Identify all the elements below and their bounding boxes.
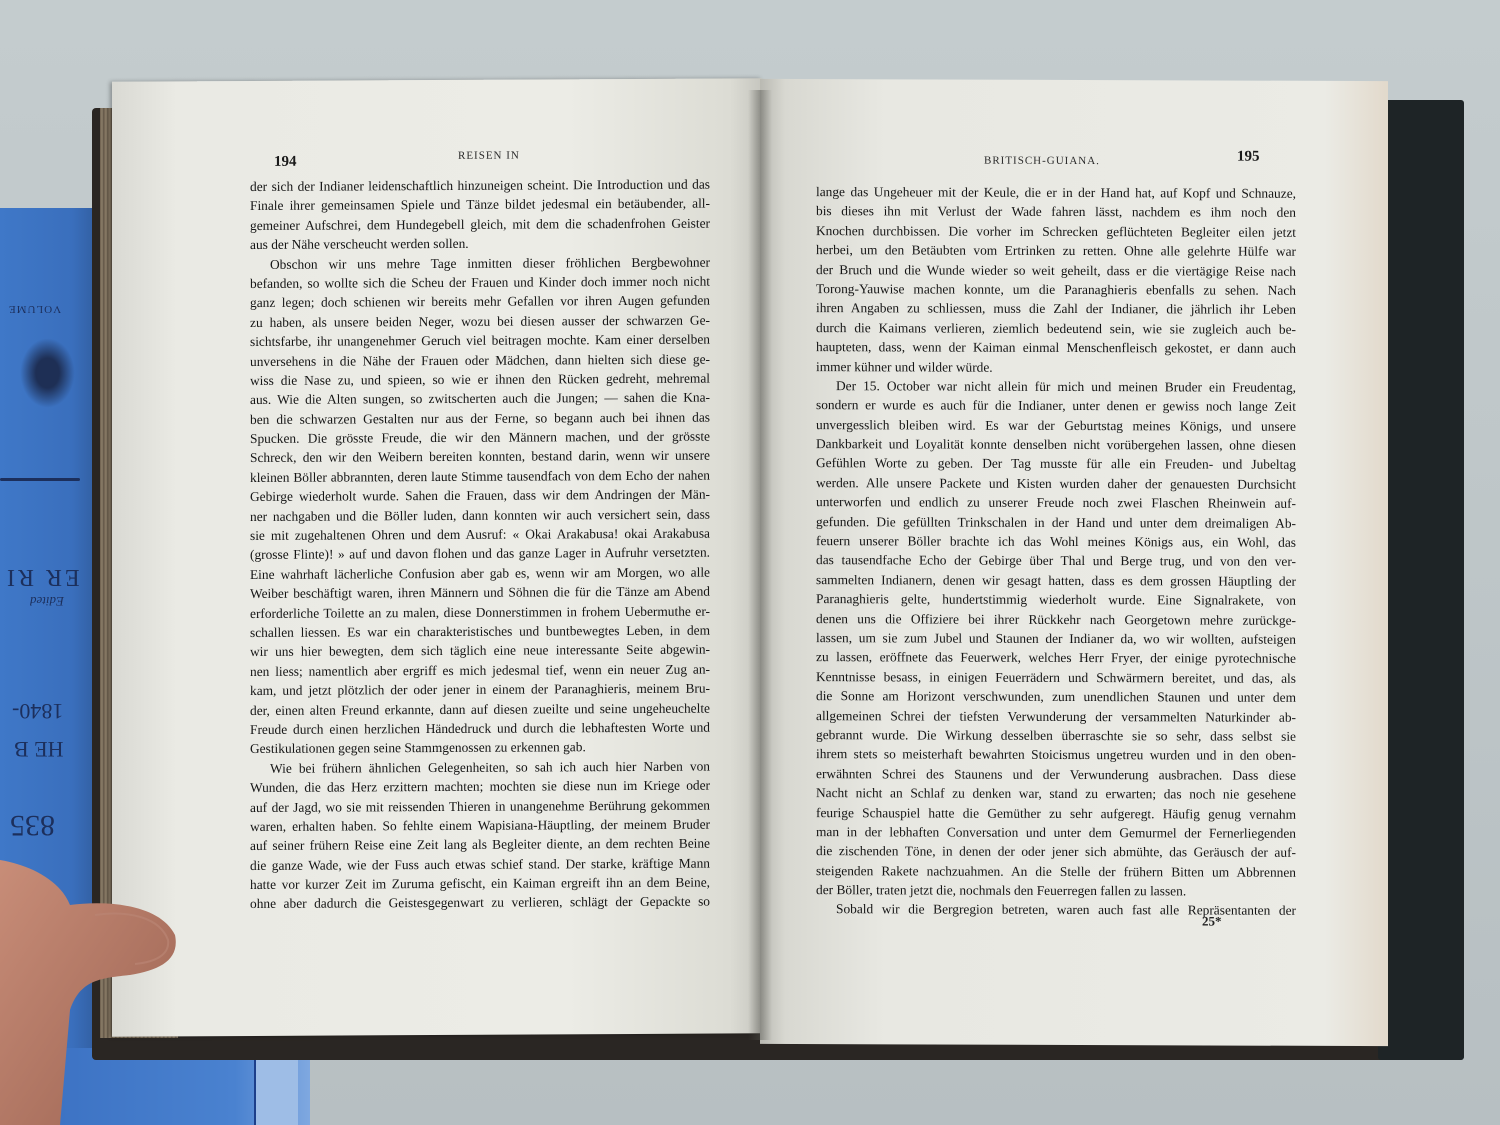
text-line: (grosse Flinte)! » auf und davon flohen … [250,543,710,565]
text-line: herbei, um den Betäubten vom Ertrinken z… [816,240,1296,261]
text-line: befanden, so wollte sich die Scheu der F… [250,272,710,294]
text-line: ganz legen; doch schienen wir bereits me… [250,291,710,313]
spine-emblem-icon [20,338,75,408]
text-line: aus. Wie die Alten sungen, so zwitschert… [250,388,710,410]
text-line: Knochen durchbissen. Die vorher im Schre… [816,221,1296,242]
text-line: haupteten, dass, wenn der Kaiman einmal … [816,337,1296,358]
spine-text-series: HE B [14,736,64,762]
text-line: gefunden. Die gefüllten Trinkschalen in … [816,512,1296,533]
text-line: gebrannt wurde. Die Wirkung desselben üb… [816,725,1296,746]
text-line: wiss die Nase zu, und spieen, so wie er … [250,368,710,390]
text-line: die Sonne am Horizont verschwunden, zum … [816,686,1296,707]
left-page-text: der sich der Indianer leidenschaftlich h… [250,175,710,914]
book-cover-right [1378,100,1464,1060]
text-line: ihren Angaben zu schliessen, muss die Za… [816,298,1296,319]
spine-text-years: 1840- [12,698,63,724]
text-line: unvergesslich bleiben wird. Es war der G… [816,415,1296,436]
text-line: Wie bei frühern ähnlichen Gelegenheiten,… [250,756,710,778]
right-page[interactable]: BRITISCH-GUIANA. 195 lange das Ungeheuer… [760,79,1388,1046]
signature-mark: 25* [1202,913,1222,929]
text-line: Nacht nicht an Schlaf zu denken war, sta… [816,783,1296,804]
text-line: ner nachgaben und die Böller luden, dann… [250,504,710,526]
text-line: Finale ihrer gemeinsamen Spiele und Tänz… [250,194,710,216]
text-line: kam, und jetzt plötzlich der oder jener … [250,679,710,701]
text-line: allgemeinen Schrei der tiefsten Verwunde… [816,706,1296,727]
text-line: kleinen Böller abbrannten, deren laute S… [250,465,710,487]
text-line: erwähnten Schrei des Staunens und der Ve… [816,764,1296,785]
spine-text-title: ER RI [4,563,80,590]
text-line: Eine wahrhaft lächerliche Confusion aber… [250,562,710,584]
text-line: ben die schwarzen Gestalten nur aus der … [250,407,710,429]
text-line: zu haben, als unsere beiden Neger, wozu … [250,310,710,332]
text-line: immer kühner und wilder würde. [816,357,1296,378]
text-line: lange das Ungeheuer mit der Keule, die e… [816,182,1296,203]
text-line: der sich der Indianer leidenschaftlich h… [250,175,710,197]
text-line: schallen liessen. Es war ein charakteris… [250,621,710,643]
spine-text-volume: VOLUME [8,303,61,315]
text-line: werden. Alle unsere Packete und Kisten w… [816,473,1296,494]
text-line: das tausendfache Echo der Gebirge über T… [816,551,1296,572]
text-line: bis dieses ihn mit Verlust der Wade fahr… [816,201,1296,222]
text-line: unterworfen und endlich zu unserer Freud… [816,492,1296,513]
text-line: ohne aber dadurch die Geistesgegenwart z… [250,892,710,914]
text-line: Spucken. Die grösste Freude, die wir den… [250,427,710,449]
text-line: unversehens in die Nähe der Frauen oder … [250,349,710,371]
text-line: der Böller, traten jetzt die, nochmals d… [816,880,1296,901]
text-line: sichtsfarbe, ihr unangenehmer Geruch vie… [250,330,710,352]
page-number-right: 195 [1237,149,1260,166]
text-line: Wunden, die das Herz erzittern machten; … [250,776,710,798]
running-head-left: REISEN IN [458,150,520,162]
text-line: auf seiner frühern Reise eine Zeit lang … [250,834,710,856]
text-line: Schreck, den wir den Weibern bereiten ko… [250,446,710,468]
text-line: Kenntnisse besass, in einigen Feuerräder… [816,667,1296,688]
spine-ornament-line [0,478,80,481]
spine-text-number: 835 [10,808,55,842]
text-line: lassen, um sie zum Jubel und Staunen der… [816,628,1296,649]
text-line: sammelten Indianern, denen wir gesagt ha… [816,570,1296,591]
left-page[interactable]: 194 REISEN IN der sich der Indianer leid… [112,78,762,1036]
text-line: hatte vor kurzer Zeit im Zuruma gefischt… [250,873,710,895]
text-line: Gebirge wiederholt wurde. Sahen die Frau… [250,485,710,507]
text-line: gemeiner Aufschrei, dem Hundegebell glei… [250,213,710,235]
text-line: wir uns hier bewegten, dem sich täglich … [250,640,710,662]
text-line: feurige Schauspiel hatte die Gemüther zu… [816,803,1296,824]
text-line: zu lassen, eröffnete das Feuerwerk, welc… [816,647,1296,668]
text-line: Dankbarkeit und Loyalität konnte denselb… [816,434,1296,455]
text-line: Gefühlen Worte zu geben. Der Tag musste … [816,454,1296,475]
text-line: steigenden Rakete nachzuahmen. An die St… [816,861,1296,882]
text-line: Torong-Yauwise machen konnte, um die Par… [816,279,1296,300]
text-line: Weiber beschäftigt waren, ihren Männern … [250,582,710,604]
running-head-right: BRITISCH-GUIANA. [984,155,1100,167]
text-line: nen liess; namentlich aber ergriff es mi… [250,659,710,681]
text-line: man in der lebhaften Conversation und un… [816,822,1296,843]
text-line: ihrem stets so meisterhaft bewahrten Sto… [816,744,1296,765]
right-page-text: lange das Ungeheuer mit der Keule, die e… [816,182,1296,921]
spine-text-edited: Edited [30,593,64,609]
text-line: Freude durch einen herzlichen Händedruck… [250,718,710,740]
text-line: Obschon wir uns mehre Tage inmitten dies… [250,252,710,274]
text-line: Sobald wir die Bergregion betreten, ware… [816,900,1296,921]
text-line: Gestikulationen gegen seine Stammgenosse… [250,737,710,759]
book-gutter [748,90,772,1040]
text-line: die ganze Wade, wie der Fuss auch etwas … [250,853,710,875]
text-line: denen uns die Offiziere bei ihrer Rückke… [816,609,1296,630]
page-number-left: 194 [274,154,297,171]
text-line: sondern er wurde es auch für die Indiane… [816,395,1296,416]
text-line: durch die Kaimans verlieren, ziemlich be… [816,318,1296,339]
text-line: Paranaghieris gelte, hundertstimmig wied… [816,589,1296,610]
text-line: die zischenden Töne, in denen der oder j… [816,841,1296,862]
text-line: feuern unserer Böller brachte ich das Wo… [816,531,1296,552]
text-line: erforderliche Toilette an zu malen, dies… [250,601,710,623]
text-line: der, einen alten Freund erkannte, dann a… [250,698,710,720]
text-line: aus der Nähe verscheucht werden sollen. [250,233,710,255]
text-line: sie mit zugehaltenen Ohren und dem Ausru… [250,524,710,546]
text-line: Der 15. October war nicht allein für mic… [816,376,1296,397]
text-line: waren, erhalten haben. So fehlte einem W… [250,814,710,836]
text-line: der Bruch und die Wunde wieder so weit g… [816,260,1296,281]
text-line: auf der Jagd, wo sie mit reissenden Thie… [250,795,710,817]
